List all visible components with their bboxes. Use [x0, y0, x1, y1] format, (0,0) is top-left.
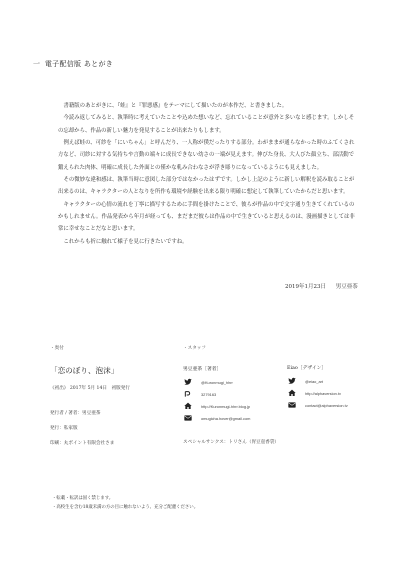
- author-twitter[interactable]: @Kuronmugi_hhrr: [183, 376, 278, 388]
- colophon-column: ・奥付 「恋のぼり、泡沫」 《初出》 2017年 5月 14日 初版発行 発行者…: [50, 345, 165, 455]
- designer-label: Eiao［デザイン］: [287, 364, 387, 371]
- signature-date: 2019年1月23日: [285, 284, 326, 290]
- author-pixiv-id: 3279163: [201, 392, 216, 397]
- afterword-paragraph-2: 今読み返してみると、執筆時に考えていたことや込めた想いなど、忘れていることが意外…: [58, 112, 358, 137]
- note-age-restriction: ・高校生を含む18歳未満の方の目に触れないよう、充分ご配慮ください。: [52, 503, 198, 512]
- twitter-icon: [287, 377, 296, 386]
- staff-designer-column: Eiao［デザイン］ @eiao_art http://alphaversion…: [287, 345, 387, 411]
- heading-dash: 一: [33, 60, 40, 68]
- author-website-url: http://Kuronmugi-hhrr.blog.jp: [201, 404, 250, 409]
- legal-notes: ・転載・転訳は固く禁じます。 ・高校生を含む18歳未満の方の目に触れないよう、充…: [52, 494, 198, 513]
- issuer: 発行：私家版: [50, 425, 165, 431]
- book-title: 「恋のぼり、泡沫」: [50, 365, 165, 376]
- author-website[interactable]: http://Kuronmugi-hhrr.blog.jp: [183, 400, 278, 412]
- afterword-paragraph-1: 書籍版のあとがきに、『蛙』と『罪悪感』をテーマにして描いたのが本作だ、と書きまし…: [58, 100, 358, 112]
- designer-email[interactable]: contact@alphaversion.tv: [287, 399, 387, 411]
- designer-twitter-handle: @eiao_art: [305, 379, 323, 384]
- note-reproduction: ・転載・転訳は固く禁じます。: [52, 494, 198, 503]
- pixiv-icon: [183, 390, 192, 399]
- mail-icon: [183, 414, 192, 423]
- staff-heading: ・スタッフ: [183, 345, 278, 351]
- afterword-paragraph-3: 例えば蛙の、可紗を「にいちゃん」と呼んだり、一人称が僕だったりする部分。わがまま…: [58, 137, 358, 174]
- author-email-address: omugicha.hover@gmail.com: [201, 416, 250, 421]
- author-label: 男豆亜茶［著者］: [183, 365, 278, 372]
- designer-website-url: http://alphaversion.tv: [305, 391, 341, 396]
- afterword-signature: 2019年1月23日 男豆亜茶: [285, 282, 358, 290]
- afterword-body: 書籍版のあとがきに、『蛙』と『罪悪感』をテーマにして描いたのが本作だ、と書きまし…: [58, 100, 358, 248]
- afterword-paragraph-6: これからも折に触れて様子を見に行きたいですね。: [58, 236, 358, 248]
- author-pixiv[interactable]: 3279163: [183, 388, 278, 400]
- first-edition-date: 《初出》 2017年 5月 14日 初版発行: [50, 385, 165, 391]
- printer: 印刷：丸ボイント有限会社さま: [50, 440, 165, 446]
- designer-website[interactable]: http://alphaversion.tv: [287, 387, 387, 399]
- author-email[interactable]: omugicha.hover@gmail.com: [183, 412, 278, 424]
- home-icon: [287, 389, 296, 398]
- designer-twitter[interactable]: @eiao_art: [287, 375, 387, 387]
- heading-title: 電子配信版 あとがき: [45, 60, 113, 68]
- special-thanks: スペシャルサンクス：トリさん（胃豆壺香袋）: [183, 439, 279, 445]
- afterword-paragraph-5: キャラクターの心情の流れを丁寧に描写するために手間を掛けたことで、彼らが作品の中…: [58, 199, 358, 236]
- afterword-paragraph-4: その微妙な違和感は、執筆当時に意図した部分ではなかったはずです。しかし上記のよう…: [58, 174, 358, 199]
- author-twitter-handle: @Kuronmugi_hhrr: [201, 380, 233, 385]
- home-icon: [183, 402, 192, 411]
- signature-author: 男豆亜茶: [336, 284, 358, 290]
- publisher-author: 発行者 / 著者：男豆亜茶: [50, 410, 165, 416]
- designer-email-address: contact@alphaversion.tv: [305, 403, 348, 408]
- staff-author-column: ・スタッフ 男豆亜茶［著者］ @Kuronmugi_hhrr 3279163 h…: [183, 345, 278, 424]
- mail-icon: [287, 401, 296, 410]
- page-heading: 一 電子配信版 あとがき: [33, 59, 113, 69]
- twitter-icon: [183, 378, 192, 387]
- colophon-heading: ・奥付: [50, 345, 165, 351]
